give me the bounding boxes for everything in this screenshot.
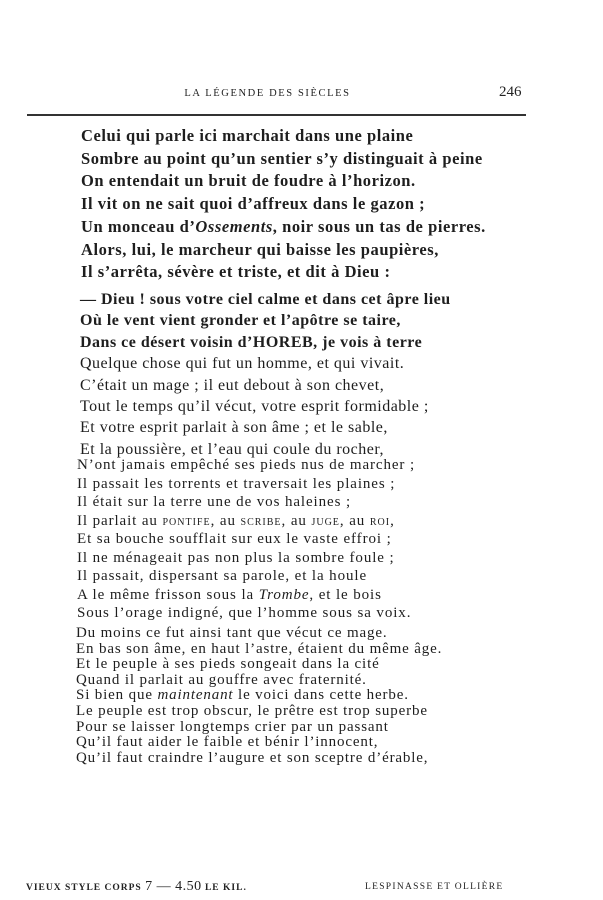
footer-foundry-name: LESPINASSE ET OLLIÈRE bbox=[365, 882, 503, 892]
text-fragment: , et le bois bbox=[309, 587, 381, 603]
text-fragment: , au bbox=[282, 513, 312, 529]
verse-line: Qu’il faut aider le faible et bénir l’in… bbox=[76, 735, 442, 751]
verse-line: Du moins ce fut ainsi tant que vécut ce … bbox=[76, 626, 442, 642]
verse-line: Quelque chose qui fut un homme, et qui v… bbox=[80, 353, 451, 374]
verse-line: Il était sur la terre une de vos haleine… bbox=[77, 493, 415, 512]
text-fragment: , au bbox=[340, 513, 370, 529]
text-fragment: Il parlait au bbox=[77, 513, 162, 529]
verse-line: Le peuple est trop obscur, le prêtre est… bbox=[76, 704, 442, 720]
footer-typeface-name: VIEUX STYLE CORPS bbox=[26, 883, 145, 893]
text-fragment: Un monceau d’ bbox=[81, 217, 195, 236]
small-caps-word: pontife bbox=[162, 513, 210, 529]
small-caps-word: roi bbox=[370, 513, 390, 529]
verse-line: A le même frisson sous la Trombe, et le … bbox=[77, 586, 415, 605]
text-fragment: Si bien que bbox=[76, 687, 157, 703]
verse-line: On entendait un bruit de foudre à l’hori… bbox=[81, 170, 486, 193]
verse-line: Il passait, dispersant sa parole, et la … bbox=[77, 567, 415, 586]
verse-line: Dans ce désert voisin d’HOREB, je vois à… bbox=[80, 332, 451, 353]
italic-word: Ossements bbox=[195, 217, 272, 236]
verse-line: Il s’arrêta, sévère et triste, et dit à … bbox=[81, 261, 486, 284]
verse-line: Qu’il faut craindre l’augure et son scep… bbox=[76, 751, 442, 767]
footer-typeface-info: VIEUX STYLE CORPS 7 — 4.50 LE KIL. bbox=[26, 879, 247, 895]
verse-line: Un monceau d’Ossements, noir sous un tas… bbox=[81, 216, 486, 239]
italic-word: maintenant bbox=[157, 687, 233, 703]
verse-line: Il vit on ne sait quoi d’affreux dans le… bbox=[81, 193, 486, 216]
header-rule bbox=[27, 114, 526, 116]
verse-section-4: Du moins ce fut ainsi tant que vécut ce … bbox=[76, 626, 442, 766]
verse-section-1: Celui qui parle ici marchait dans une pl… bbox=[81, 125, 486, 284]
verse-line: Tout le temps qu’il vécut, votre esprit … bbox=[80, 396, 451, 417]
text-fragment: , bbox=[390, 513, 395, 529]
verse-section-3: N’ont jamais empêché ses pieds nus de ma… bbox=[77, 456, 415, 623]
text-fragment: , au bbox=[211, 513, 241, 529]
footer-unit: LE KIL. bbox=[202, 883, 247, 893]
page-number: 246 bbox=[499, 84, 522, 101]
verse-line: Il ne ménageait pas non plus la sombre f… bbox=[77, 549, 415, 568]
verse-section-2: — Dieu ! sous votre ciel calme et dans c… bbox=[80, 289, 451, 460]
verse-line: Celui qui parle ici marchait dans une pl… bbox=[81, 125, 486, 148]
verse-line: C’était un mage ; il eut debout à son ch… bbox=[80, 375, 451, 396]
verse-line: N’ont jamais empêché ses pieds nus de ma… bbox=[77, 456, 415, 475]
verse-line: — Dieu ! sous votre ciel calme et dans c… bbox=[80, 289, 451, 310]
verse-line: Alors, lui, le marcheur qui baisse les p… bbox=[81, 239, 486, 262]
text-fragment: , noir sous un tas de pierres. bbox=[273, 217, 486, 236]
verse-line: Et votre esprit parlait à son âme ; et l… bbox=[80, 417, 451, 438]
verse-line: Il passait les torrents et traversait le… bbox=[77, 475, 415, 494]
verse-line: Où le vent vient gronder et l’apôtre se … bbox=[80, 310, 451, 331]
verse-line: Et sa bouche soufflait sur eux le vaste … bbox=[77, 530, 415, 549]
verse-line: Si bien que maintenant le voici dans cet… bbox=[76, 688, 442, 704]
text-fragment: le voici dans cette herbe. bbox=[233, 687, 408, 703]
running-header-title: LA LÉGENDE DES SIÈCLES bbox=[0, 88, 535, 99]
verse-line: En bas son âme, en haut l’astre, étaient… bbox=[76, 642, 442, 658]
verse-line: Sous l’orage indigné, que l’homme sous s… bbox=[77, 604, 415, 623]
verse-line: Quand il parlait au gouffre avec fratern… bbox=[76, 673, 442, 689]
text-fragment: A le même frisson sous la bbox=[77, 587, 259, 603]
italic-word: Trombe bbox=[259, 587, 310, 603]
small-caps-word: scribe bbox=[241, 513, 282, 529]
footer-price: 7 — 4.50 bbox=[145, 879, 202, 894]
verse-line: Il parlait au pontife, au scribe, au jug… bbox=[77, 512, 415, 531]
verse-line: Pour se laisser longtemps crier par un p… bbox=[76, 720, 442, 736]
verse-line: Sombre au point qu’un sentier s’y distin… bbox=[81, 148, 486, 171]
verse-line: Et le peuple à ses pieds songeait dans l… bbox=[76, 657, 442, 673]
small-caps-word: juge bbox=[311, 513, 339, 529]
